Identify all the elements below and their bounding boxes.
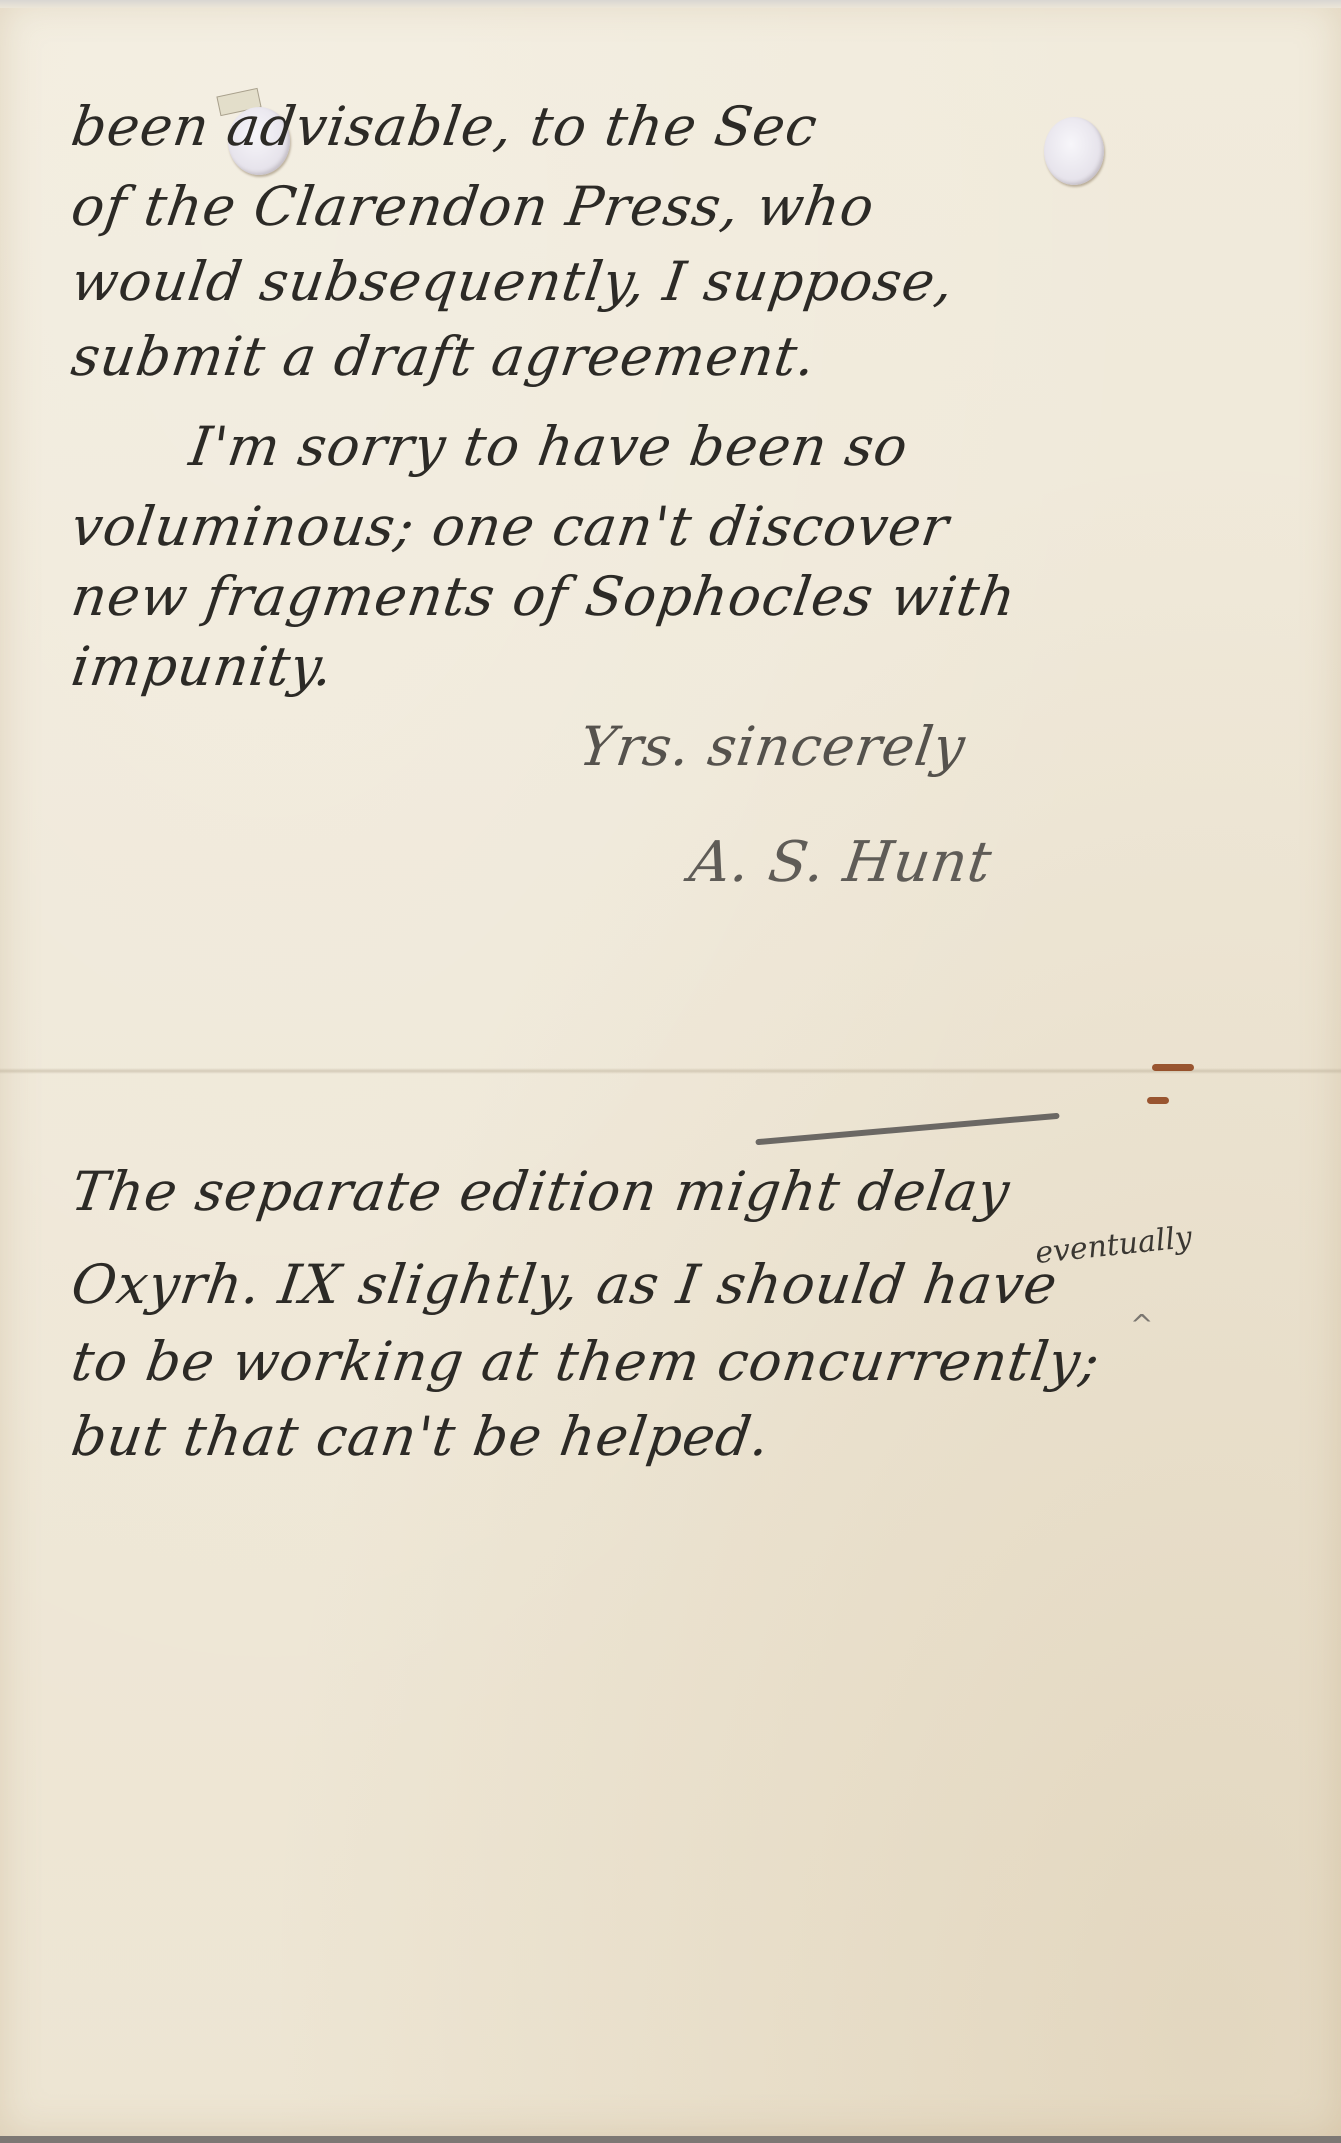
closing-salutation: Yrs. sincerely — [576, 720, 969, 774]
postscript-line: to be working at them concurrently; — [68, 1335, 1103, 1389]
rust-stain — [1147, 1097, 1169, 1104]
signature: A. S. Hunt — [686, 835, 995, 891]
punch-hole-right — [1044, 117, 1104, 185]
paper-top-edge — [0, 0, 1341, 8]
letter-page: been advisable, to the Sec of the Claren… — [0, 0, 1341, 2136]
scan-background-edge — [0, 2136, 1341, 2143]
body-line: I'm sorry to have been so — [186, 420, 911, 474]
postscript-line: The separate edition might delay — [68, 1165, 1013, 1219]
body-line: submit a draft agreement. — [68, 330, 819, 384]
body-line: been advisable, to the Sec — [68, 100, 821, 154]
postscript-line: but that can't be helped. — [68, 1410, 773, 1464]
body-line: new fragments of Sophocles with — [68, 570, 1019, 624]
postscript-line: Oxyrh. IX slightly, as I should have — [68, 1258, 1061, 1312]
body-line: of the Clarendon Press, who — [68, 180, 878, 234]
body-line: impunity. — [68, 640, 337, 694]
insertion-caret: ^ — [1130, 1308, 1153, 1341]
body-line: voluminous; one can't discover — [68, 500, 952, 554]
body-line: would subsequently, I suppose, — [68, 255, 957, 309]
signature-underline — [755, 1113, 1059, 1146]
rust-stain — [1152, 1064, 1194, 1071]
paper-fold-crease — [0, 1068, 1341, 1074]
